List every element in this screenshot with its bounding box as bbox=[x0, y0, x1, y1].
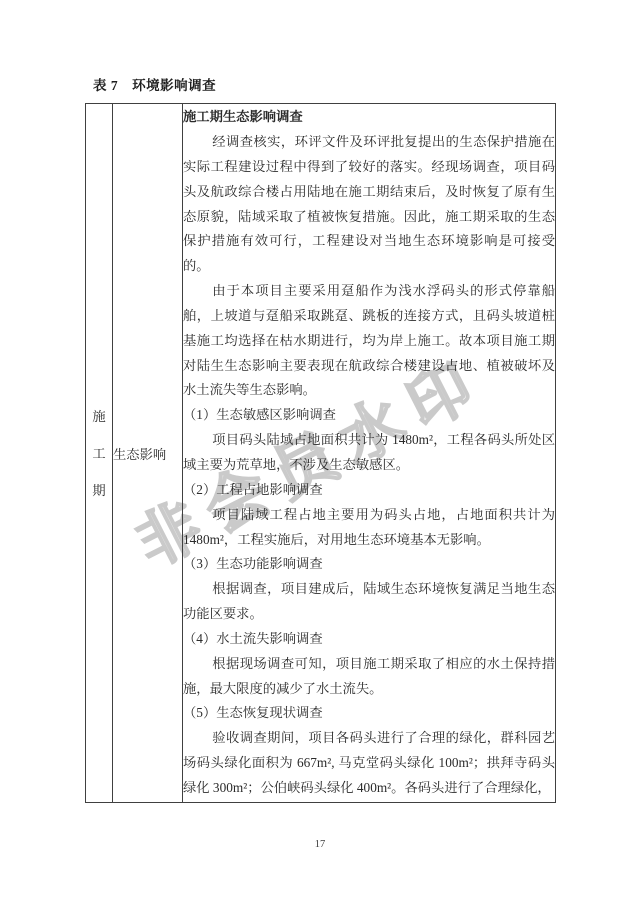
list-item-heading: （5）生态恢复现状调查 bbox=[183, 701, 555, 726]
paragraph: 项目陆域工程占地主要用为码头占地，占地面积共计为 1480m²，工程实施后，对用… bbox=[183, 503, 555, 553]
list-item-heading: （2）工程占地影响调查 bbox=[183, 478, 555, 503]
paragraph: 验收调查期间，项目各码头进行了合理的绿化，群科园艺场码头绿化面积为 667m²,… bbox=[183, 726, 555, 801]
list-item-heading: （1）生态敏感区影响调查 bbox=[183, 403, 555, 428]
page-number: 17 bbox=[0, 839, 640, 850]
paragraph: 经调查核实，环评文件及环评批复提出的生态保护措施在实际工程建设过程中得到了较好的… bbox=[183, 130, 555, 279]
phase-cell: 施工期 bbox=[86, 104, 113, 803]
list-item-heading: （3）生态功能影响调查 bbox=[183, 552, 555, 577]
impact-survey-table: 施工期 生态影响 施工期生态影响调查 经调查核实，环评文件及环评批复提出的生态保… bbox=[85, 103, 556, 803]
category-label: 生态影响 bbox=[113, 447, 166, 462]
document-page: 表 7 环境影响调查 非会员水印 施工期 生态影响 施工期生态影响调查 经调查核… bbox=[0, 0, 640, 905]
section-heading: 施工期生态影响调查 bbox=[183, 105, 555, 130]
content-cell: 施工期生态影响调查 经调查核实，环评文件及环评批复提出的生态保护措施在实际工程建… bbox=[183, 104, 556, 803]
category-cell: 生态影响 bbox=[113, 104, 183, 803]
paragraph: 项目码头陆域占地面积共计为 1480m²，工程各码头所处区域主要为荒草地，不涉及… bbox=[183, 428, 555, 478]
list-item-heading: （4）水土流失影响调查 bbox=[183, 627, 555, 652]
table-row: 施工期 生态影响 施工期生态影响调查 经调查核实，环评文件及环评批复提出的生态保… bbox=[86, 104, 556, 803]
phase-label: 施工期 bbox=[92, 398, 107, 509]
table-caption: 表 7 环境影响调查 bbox=[93, 74, 216, 94]
paragraph: 由于本项目主要采用趸船作为浅水浮码头的形式停靠船舶，上坡道与趸船采取跳趸、跳板的… bbox=[183, 279, 555, 403]
paragraph: 根据现场调查可知，项目施工期采取了相应的水土保持措施，最大限度的减少了水土流失。 bbox=[183, 652, 555, 702]
paragraph: 根据调查，项目建成后，陆域生态环境恢复满足当地生态功能区要求。 bbox=[183, 577, 555, 627]
